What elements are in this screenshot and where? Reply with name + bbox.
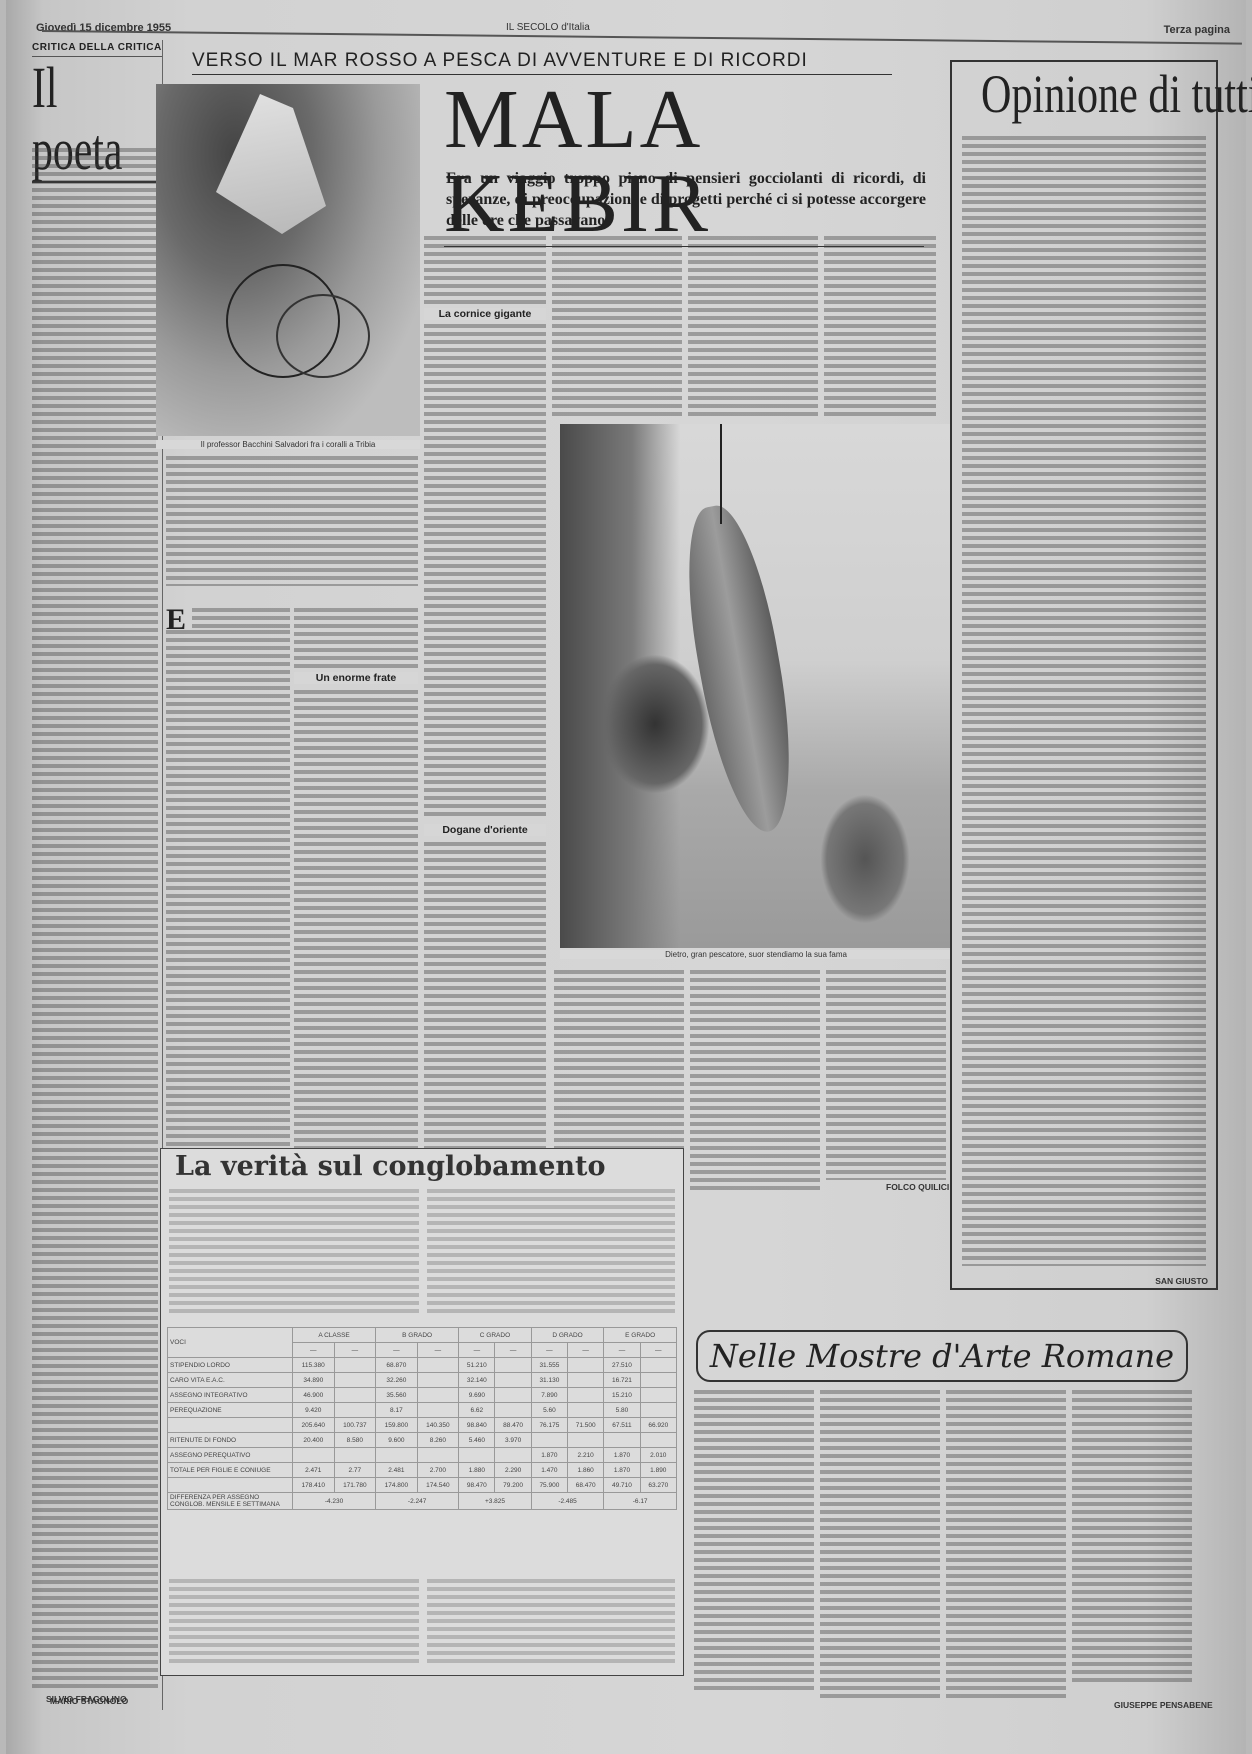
table-row: RITENUTE DI FONDO20.4008.5809.6008.2605.…: [168, 1433, 677, 1448]
conglobamento-footnote-left: [169, 1579, 419, 1667]
article-body-col-b: [294, 690, 418, 1190]
coral-photo-caption: Il professor Bacchini Salvadori fra i co…: [156, 440, 420, 449]
article-byline: FOLCO QUILICI: [886, 1182, 949, 1192]
table-row: CARO VITA E.A.C.34.89032.26032.14031.130…: [168, 1373, 677, 1388]
article-body-col-a: [166, 630, 290, 1190]
article-body-col3-bottom: [690, 970, 820, 1192]
table-footer-row: DIFFERENZA PER ASSEGNO CONGLOB. MENSILE …: [168, 1493, 677, 1510]
article-body-col3-top: [688, 236, 818, 420]
subhead-frate: Un enorme frate: [294, 672, 418, 684]
table-group-header: C GRADO: [459, 1328, 532, 1343]
shark-photo: [560, 424, 952, 948]
conglobamento-title: La verità sul conglobamento: [161, 1149, 683, 1185]
arte-title: Nelle Mostre d'Arte Romane: [698, 1332, 1186, 1380]
conglobamento-text-left: [169, 1189, 419, 1317]
arte-col2: [820, 1390, 940, 1700]
arte-col1: [694, 1390, 814, 1690]
article-body-col4-top: [824, 236, 936, 420]
table-group-header: E GRADO: [604, 1328, 677, 1343]
article-body-col-b-top: [294, 608, 418, 668]
subhead-cornice: La cornice gigante: [424, 308, 546, 320]
page-label: Terza pagina: [1164, 24, 1230, 36]
conglobamento-byline: SILVIO FRAGOLINO: [46, 1694, 127, 1704]
hoist-line: [720, 424, 722, 524]
coral-photo: [156, 84, 420, 436]
table-row: ASSEGNO PEREQUATIVO1.8702.2101.8702.010: [168, 1448, 677, 1463]
table-row: 205.640100.737159.800140.35098.84088.470…: [168, 1418, 677, 1433]
opinione-title: Opinione di tutti: [981, 62, 1187, 126]
arte-byline: GIUSEPPE PENSABENE: [1114, 1700, 1213, 1710]
article-intro-text: [166, 456, 418, 586]
subhead-dogane: Dogane d'oriente: [424, 824, 546, 836]
conglobamento-box: La verità sul conglobamento VOCIA CLASSE…: [160, 1148, 684, 1676]
article-body-col4-bottom: [826, 970, 946, 1180]
opinione-box: Opinione di tutti SAN GIUSTO: [950, 60, 1218, 1290]
article-deck: Era un viaggio troppo pieno di pensieri …: [446, 168, 926, 231]
arte-col3: [946, 1390, 1066, 1700]
paper-name: IL SECOLO d'Italia: [506, 22, 590, 33]
masthead: Giovedì 15 dicembre 1955 IL SECOLO d'Ita…: [36, 18, 1234, 42]
article-body-col1-c: [424, 842, 546, 1192]
table-row: ASSEGNO INTEGRATIVO46.90035.5609.6907.89…: [168, 1388, 677, 1403]
coral-shape: [216, 94, 326, 234]
table-group-header: A CLASSE: [293, 1328, 376, 1343]
left-column: CRITICA DELLA CRITICA Il poeta MARIO STA…: [32, 40, 163, 1710]
conglobamento-table: VOCIA CLASSEB GRADOC GRADOD GRADOE GRADO…: [167, 1327, 677, 1510]
opinione-byline: SAN GIUSTO: [1155, 1276, 1208, 1286]
fishermen: [600, 654, 710, 794]
table-group-header: B GRADO: [376, 1328, 459, 1343]
swimmers: [820, 794, 910, 924]
article-overline: VERSO IL MAR ROSSO A PESCA DI AVVENTURE …: [192, 50, 892, 75]
table-group-header: D GRADO: [531, 1328, 604, 1343]
article-body-col1-a: [424, 236, 546, 308]
table-row: 178.410171.780174.800174.54098.47079.200…: [168, 1478, 677, 1493]
table-row: STIPENDIO LORDO115.38068.87051.21031.555…: [168, 1358, 677, 1373]
column-body-text: [32, 148, 158, 1688]
shark-photo-caption: Dietro, gran pescatore, suor stendiamo l…: [560, 950, 952, 959]
newspaper-page: Giovedì 15 dicembre 1955 IL SECOLO d'Ita…: [6, 0, 1246, 1754]
conglobamento-text-right: [427, 1189, 675, 1317]
table-header-row: VOCIA CLASSEB GRADOC GRADOD GRADOE GRADO: [168, 1328, 677, 1343]
drop-cap: E: [166, 608, 190, 632]
article-body-col2-top: [552, 236, 682, 420]
article-body-drop: [192, 608, 290, 628]
conglobamento-footnote-right: [427, 1579, 675, 1667]
table-row: PEREQUAZIONE9.4208.176.625.605.80: [168, 1403, 677, 1418]
arte-header-box: Nelle Mostre d'Arte Romane: [696, 1330, 1188, 1382]
opinione-body-text: [962, 136, 1206, 1266]
table-row: TOTALE PER FIGLIE E CONIUGE2.4712.772.48…: [168, 1463, 677, 1478]
rope-loop-2: [276, 294, 370, 378]
arte-col4: [1072, 1390, 1192, 1686]
article-body-col1-b: [424, 324, 546, 820]
